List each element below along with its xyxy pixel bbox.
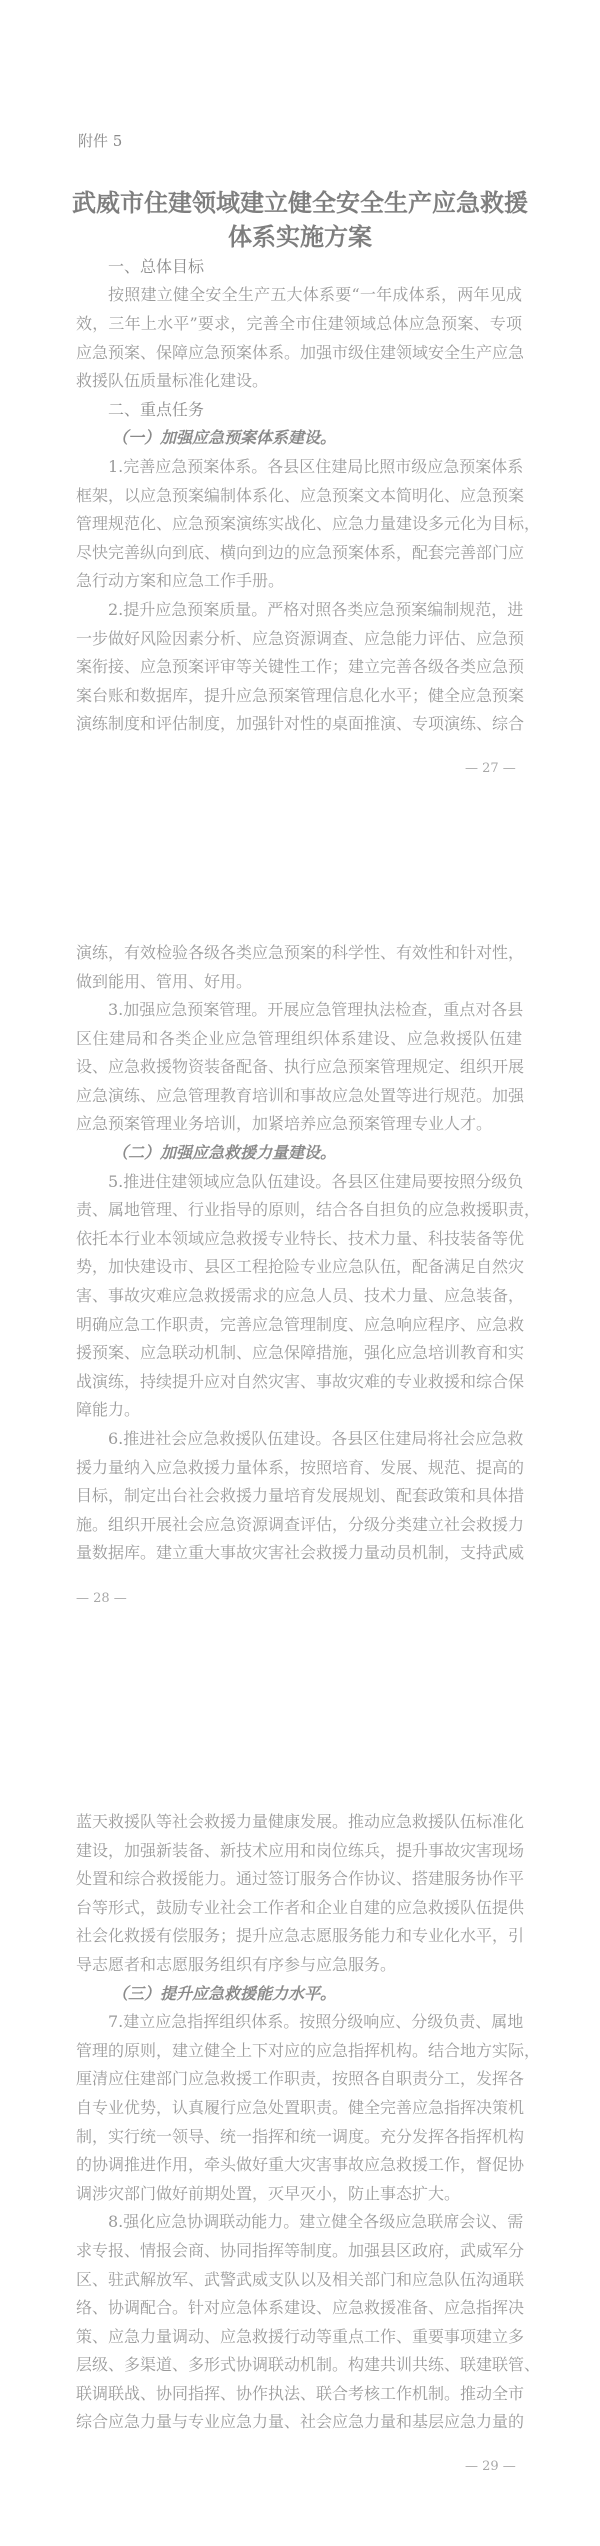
text-line: 5.推进住建领域应急队伍建设。各县区住建局要按照分级负: [108, 1172, 522, 1192]
subsection-heading-3: （三）提升应急救援能力水平。: [112, 1984, 336, 2004]
text-line: 援力量纳入应急救援力量体系，按照培育、发展、规范、提高的: [76, 1458, 522, 1478]
subsection-heading-1: （一）加强应急预案体系建设。: [112, 428, 336, 448]
document-title-line1: 武威市住建领域建立健全安全生产应急救援: [0, 186, 600, 220]
text-line: 害、事故灾难应急救援需求的应急人员、技术力量、应急装备，: [76, 1286, 522, 1306]
text-line: 急行动方案和应急工作手册。: [76, 571, 522, 591]
text-line: 应急预案、保障应急预案体系。加强市级住建领域安全生产应急: [76, 343, 522, 363]
text-line: 做到能用、管用、好用。: [76, 972, 522, 992]
section-heading-overall-goal: 一、总体目标: [108, 257, 204, 277]
text-line: 7.建立应急指挥组织体系。按照分级响应、分级负责、属地: [108, 2012, 522, 2032]
text-line: 区住建局和各类企业应急管理组织体系建设、应急救援队伍建: [76, 1029, 522, 1049]
text-line: 管理的原则，建立健全上下对应的应急指挥机构。结合地方实际，: [76, 2041, 522, 2061]
text-line: 尽快完善纵向到底、横向到边的应急预案体系，配套完善部门应: [76, 543, 522, 563]
text-line: 求专报、情报会商、协同指挥等制度。加强县区政府，武威军分: [76, 2241, 522, 2261]
text-line: 管理规范化、应急预案演练实战化、应急力量建设多元化为目标，: [76, 514, 522, 534]
text-line: 应急演练、应急管理教育培训和事故应急处置等进行规范。加强: [76, 1086, 522, 1106]
text-line: 社会化救援有偿服务；提升应急志愿服务能力和专业化水平，引: [76, 1926, 522, 1946]
text-line: 明确应急工作职责，完善应急管理制度、应急响应程序、应急救: [76, 1315, 522, 1335]
subsection-heading-2: （二）加强应急救援力量建设。: [112, 1143, 336, 1163]
attachment-label: 附件 5: [78, 130, 122, 151]
text-line: 障能力。: [76, 1400, 522, 1420]
text-line: 调涉灾部门做好前期处置，灭早灭小，防止事态扩大。: [76, 2184, 522, 2204]
text-line: 一步做好风险因素分析、应急资源调查、应急能力评估、应急预: [76, 629, 522, 649]
text-line: 综合应急力量与专业应急力量、社会应急力量和基层应急力量的: [76, 2412, 522, 2432]
text-line: 施。组织开展社会应急资源调查评估，分级分类建立社会救援力: [76, 1515, 522, 1535]
text-line: 案衔接、应急预案评审等关键性工作；建立完善各级各类应急预: [76, 657, 522, 677]
text-line: 援预案、应急联动机制、应急保障措施，强化应急培训教育和实: [76, 1343, 522, 1363]
text-line: 策、应急力量调动、应急救援行动等重点工作、重要事项建立多: [76, 2327, 522, 2347]
text-line: 建设，加强新装备、新技术应用和岗位练兵，提升事故灾害现场: [76, 1841, 522, 1861]
text-line: 量数据库。建立重大事故灾害社会救援力量动员机制，支持武威: [76, 1543, 522, 1563]
text-line: 制，实行统一领导、统一指挥和统一调度。充分发挥各指挥机构: [76, 2127, 522, 2147]
text-line: 战演练，持续提升应对自然灾害、事故灾难的专业救援和综合保: [76, 1372, 522, 1392]
text-line: 台等形式，鼓励专业社会工作者和企业自建的应急救援队伍提供: [76, 1898, 522, 1918]
text-line: 导志愿者和志愿服务组织有序参与应急服务。: [76, 1955, 522, 1975]
page-number-28: — 28 —: [76, 1591, 127, 1606]
section-heading-key-tasks: 二、重点任务: [108, 400, 204, 420]
text-line: 的协调推进作用，牵头做好重大灾害事故应急救援工作，督促协: [76, 2155, 522, 2175]
text-line: 应急预案管理业务培训，加紧培养应急预案管理专业人才。: [76, 1114, 522, 1134]
text-line: 处置和综合救援能力。通过签订服务合作协议、搭建服务协作平: [76, 1869, 522, 1889]
text-line: 势，加快建设市、县区工程抢险专业应急队伍，配备满足自然灾: [76, 1257, 522, 1277]
text-line: 联调联战、协同指挥、协作执法、联合考核工作机制。推动全市: [76, 2384, 522, 2404]
text-line: 效，三年上水平”要求，完善全市住建领域总体应急预案、专项: [76, 314, 522, 334]
text-line: 按照建立健全安全生产五大体系要“一年成体系，两年见成: [108, 285, 522, 305]
text-line: 目标，制定出台社会救援力量培育发展规划、配套政策和具体措: [76, 1486, 522, 1506]
text-line: 2.提升应急预案质量。严格对照各类应急预案编制规范，进: [108, 600, 522, 620]
text-line: 框架，以应急预案编制体系化、应急预案文本简明化、应急预案: [76, 486, 522, 506]
text-line: 1.完善应急预案体系。各县区住建局比照市级应急预案体系: [108, 457, 522, 477]
text-line: 依托本行业本领域应急救援专业特长、技术力量、科技装备等优: [76, 1229, 522, 1249]
text-line: 蓝天救援队等社会救援力量健康发展。推动应急救援队伍标准化: [76, 1812, 522, 1832]
text-line: 责、属地管理、行业指导的原则，结合各自担负的应急救援职责，: [76, 1200, 522, 1220]
text-line: 区、驻武解放军、武警武威支队以及相关部门和应急队伍沟通联: [76, 2270, 522, 2290]
text-line: 厘清应住建部门应急救援工作职责，按照各自职责分工，发挥各: [76, 2069, 522, 2089]
document-title-line2: 体系实施方案: [0, 220, 600, 254]
text-line: 6.推进社会应急救援队伍建设。各县区住建局将社会应急救: [108, 1429, 522, 1449]
text-line: 救援队伍质量标准化建设。: [76, 371, 522, 391]
text-line: 层级、多渠道、多形式协调联动机制。构建共训共练、联建联管、: [76, 2355, 522, 2375]
text-line: 络、协调配合。针对应急体系建设、应急救援准备、应急指挥决: [76, 2298, 522, 2318]
text-line: 案台账和数据库，提升应急预案管理信息化水平；健全应急预案: [76, 686, 522, 706]
text-line: 演练制度和评估制度，加强针对性的桌面推演、专项演练、综合: [76, 714, 522, 734]
text-line: 设、应急救援物资装备配备、执行应急预案管理规定、组织开展: [76, 1057, 522, 1077]
text-line: 演练，有效检验各级各类应急预案的科学性、有效性和针对性，: [76, 943, 522, 963]
text-line: 3.加强应急预案管理。开展应急管理执法检查，重点对各县: [108, 1000, 522, 1020]
text-line: 自专业优势，认真履行应急处置职责。健全完善应急指挥决策机: [76, 2098, 522, 2118]
text-line: 8.强化应急协调联动能力。建立健全各级应急联席会议、需: [108, 2212, 522, 2232]
page-number-27: — 27 —: [465, 761, 516, 776]
page-number-29: — 29 —: [465, 2459, 516, 2474]
